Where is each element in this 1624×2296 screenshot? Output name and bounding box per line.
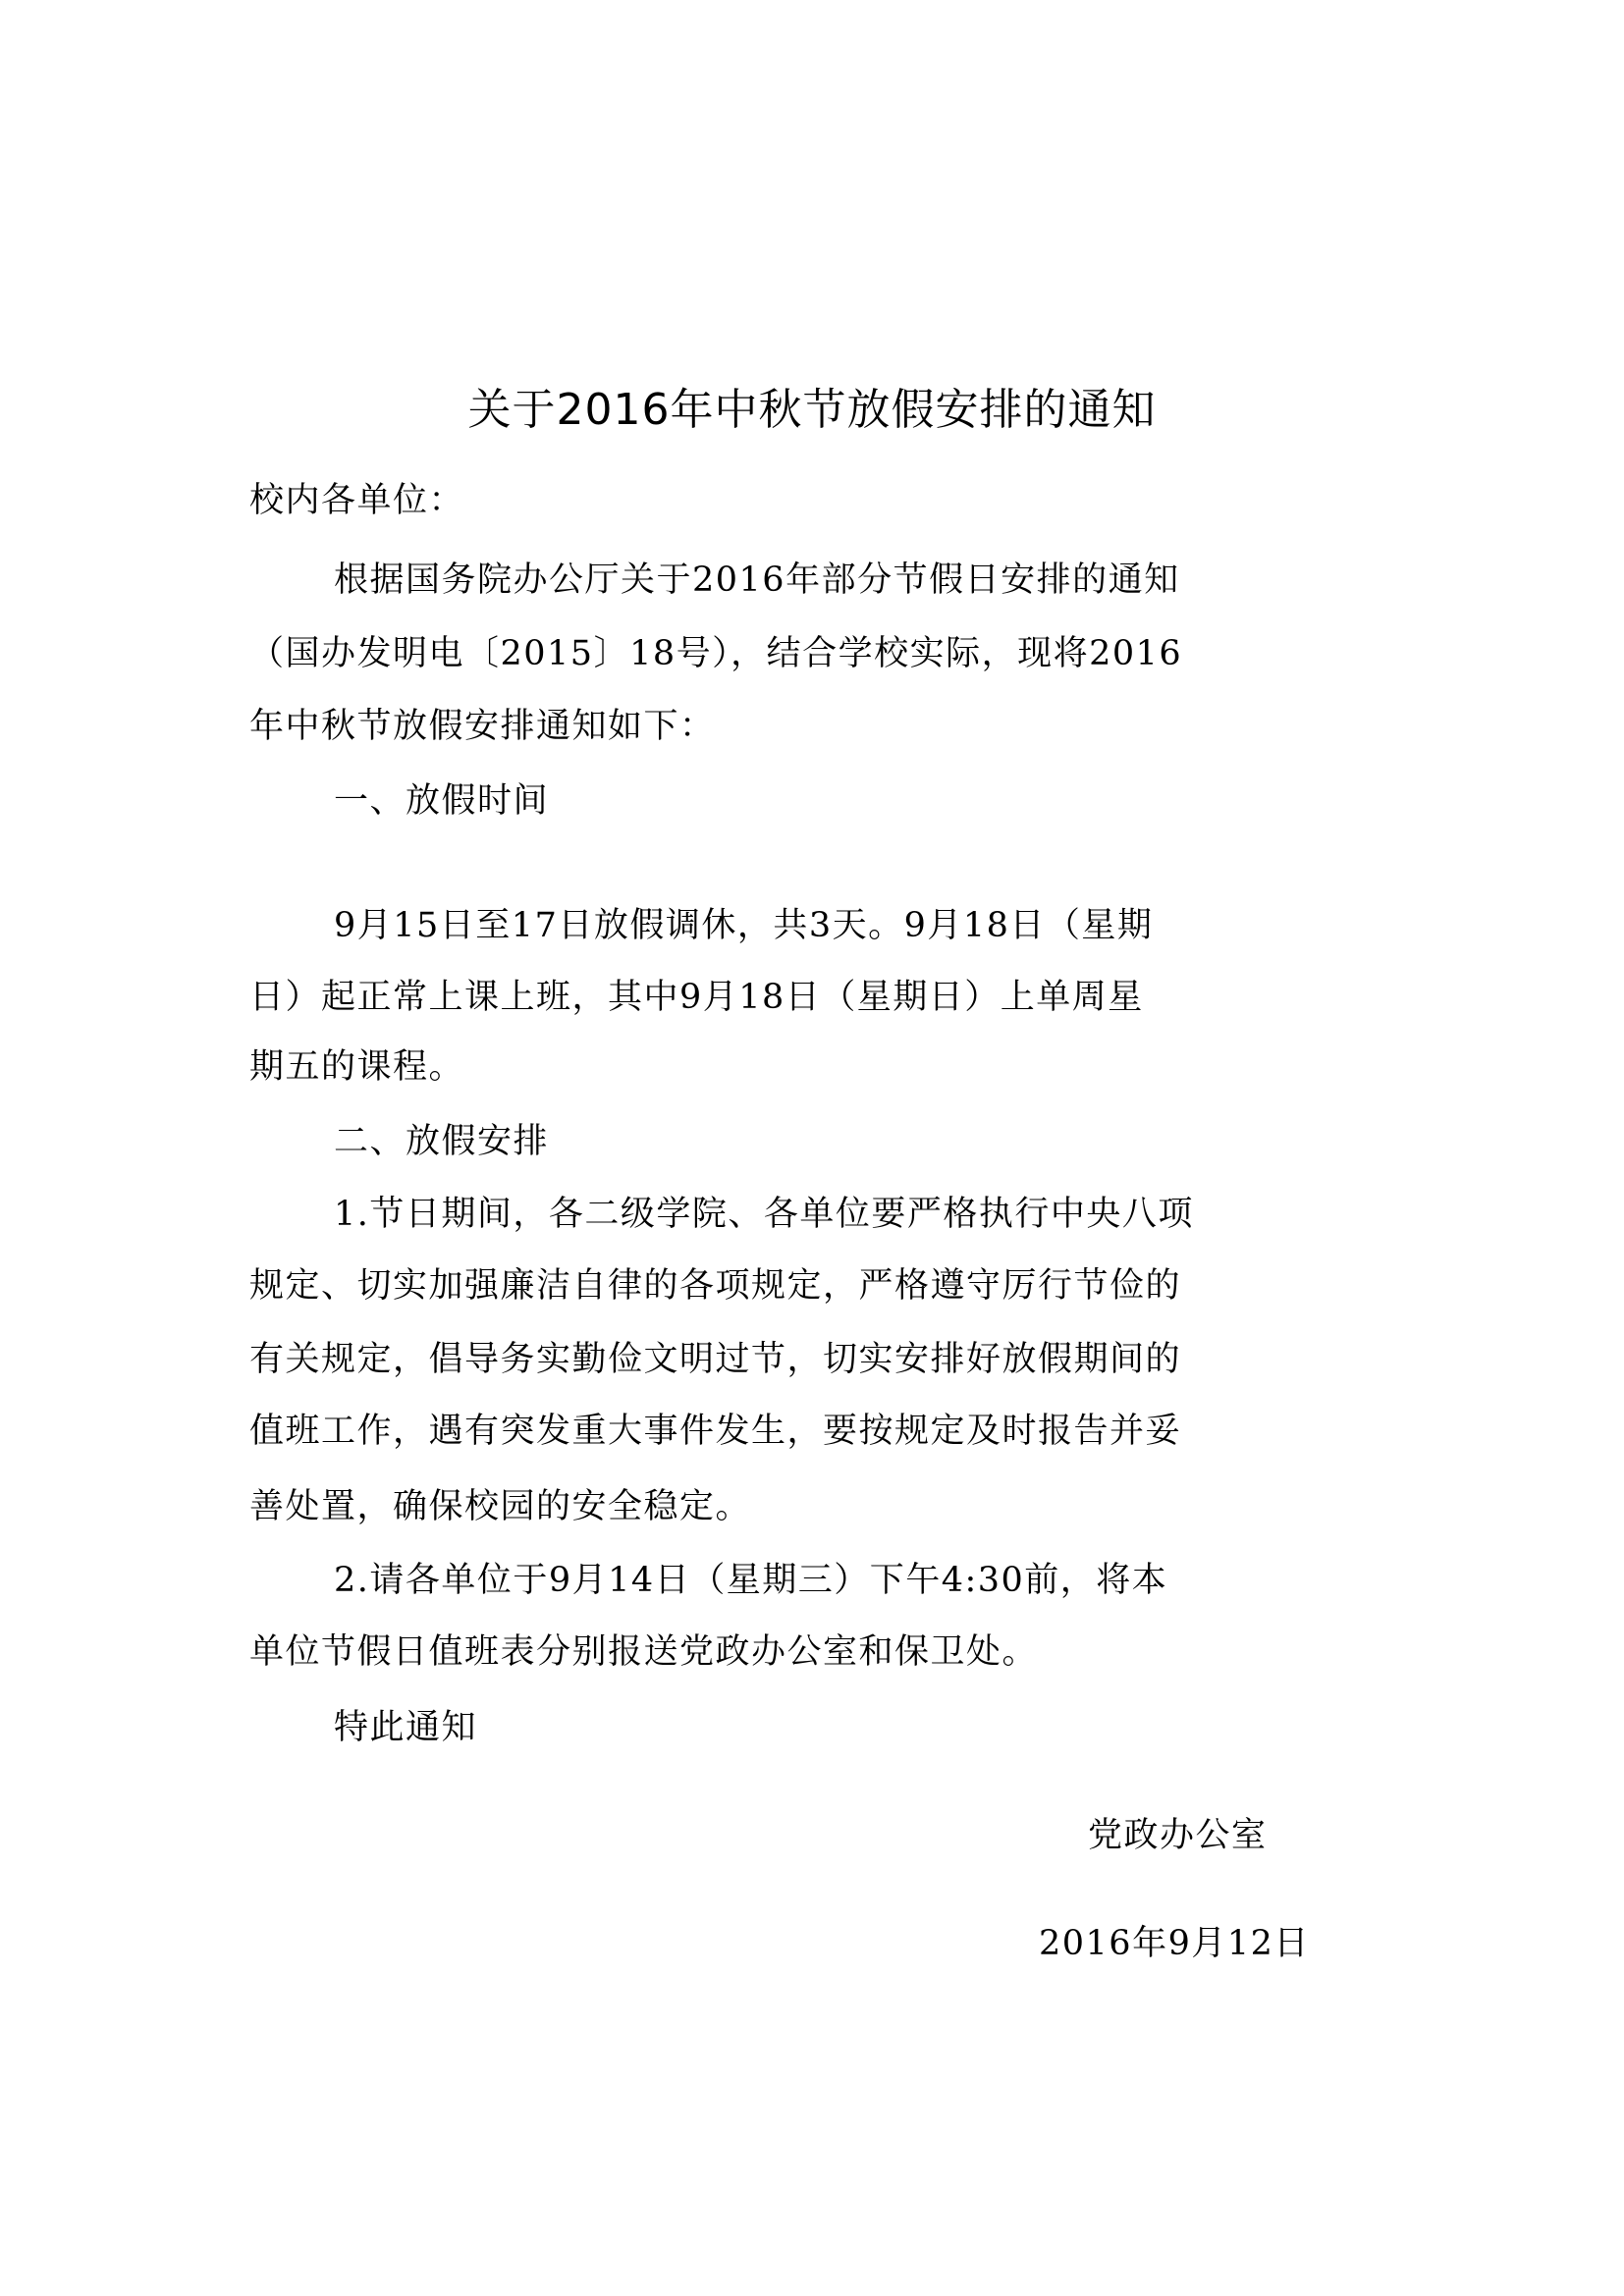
intro-line-1: 根据国务院办公厅关于2016年部分节假日安排的通知 <box>334 556 1379 605</box>
section1-heading: 一、放假时间 <box>334 776 1379 826</box>
section2-item2-line-1: 2.请各单位于9月14日（星期三）下午4:30前，将本 <box>334 1556 1379 1605</box>
section2-item1-line-5: 善处置，确保校园的安全稳定。 <box>249 1482 1379 1531</box>
section1-line-1: 9月15日至17日放假调休，共3天。9月18日（星期 <box>334 901 1379 950</box>
signature-date: 2016年9月12日 <box>1039 1919 1310 1968</box>
intro-line-3: 年中秋节放假安排通知如下： <box>249 702 1379 751</box>
salutation: 校内各单位： <box>249 476 1379 525</box>
section2-item1-line-2: 规定、切实加强廉洁自律的各项规定，严格遵守厉行节俭的 <box>249 1261 1379 1310</box>
intro-line-2: （国办发明电〔2015〕18号），结合学校实际，现将2016 <box>249 629 1379 678</box>
section2-item1-line-1: 1.节日期间，各二级学院、各单位要严格执行中央八项 <box>334 1190 1379 1239</box>
signature-issuer: 党政办公室 <box>1088 1811 1268 1860</box>
section2-heading: 二、放假安排 <box>334 1117 1379 1166</box>
section1-line-2: 日）起正常上课上班，其中9月18日（星期日）上单周星 <box>249 973 1379 1022</box>
section2-item1-line-3: 有关规定，倡导务实勤俭文明过节，切实安排好放假期间的 <box>249 1335 1379 1384</box>
document-page: 关于2016年中秋节放假安排的通知 校内各单位： 根据国务院办公厅关于2016年… <box>0 0 1624 2296</box>
document-title: 关于2016年中秋节放假安排的通知 <box>0 379 1624 442</box>
section1-line-3: 期五的课程。 <box>249 1042 1379 1092</box>
closing: 特此通知 <box>334 1703 1379 1752</box>
section2-item1-line-4: 值班工作，遇有突发重大事件发生，要按规定及时报告并妥 <box>249 1407 1379 1456</box>
section2-item2-line-2: 单位节假日值班表分别报送党政办公室和保卫处。 <box>249 1628 1379 1677</box>
